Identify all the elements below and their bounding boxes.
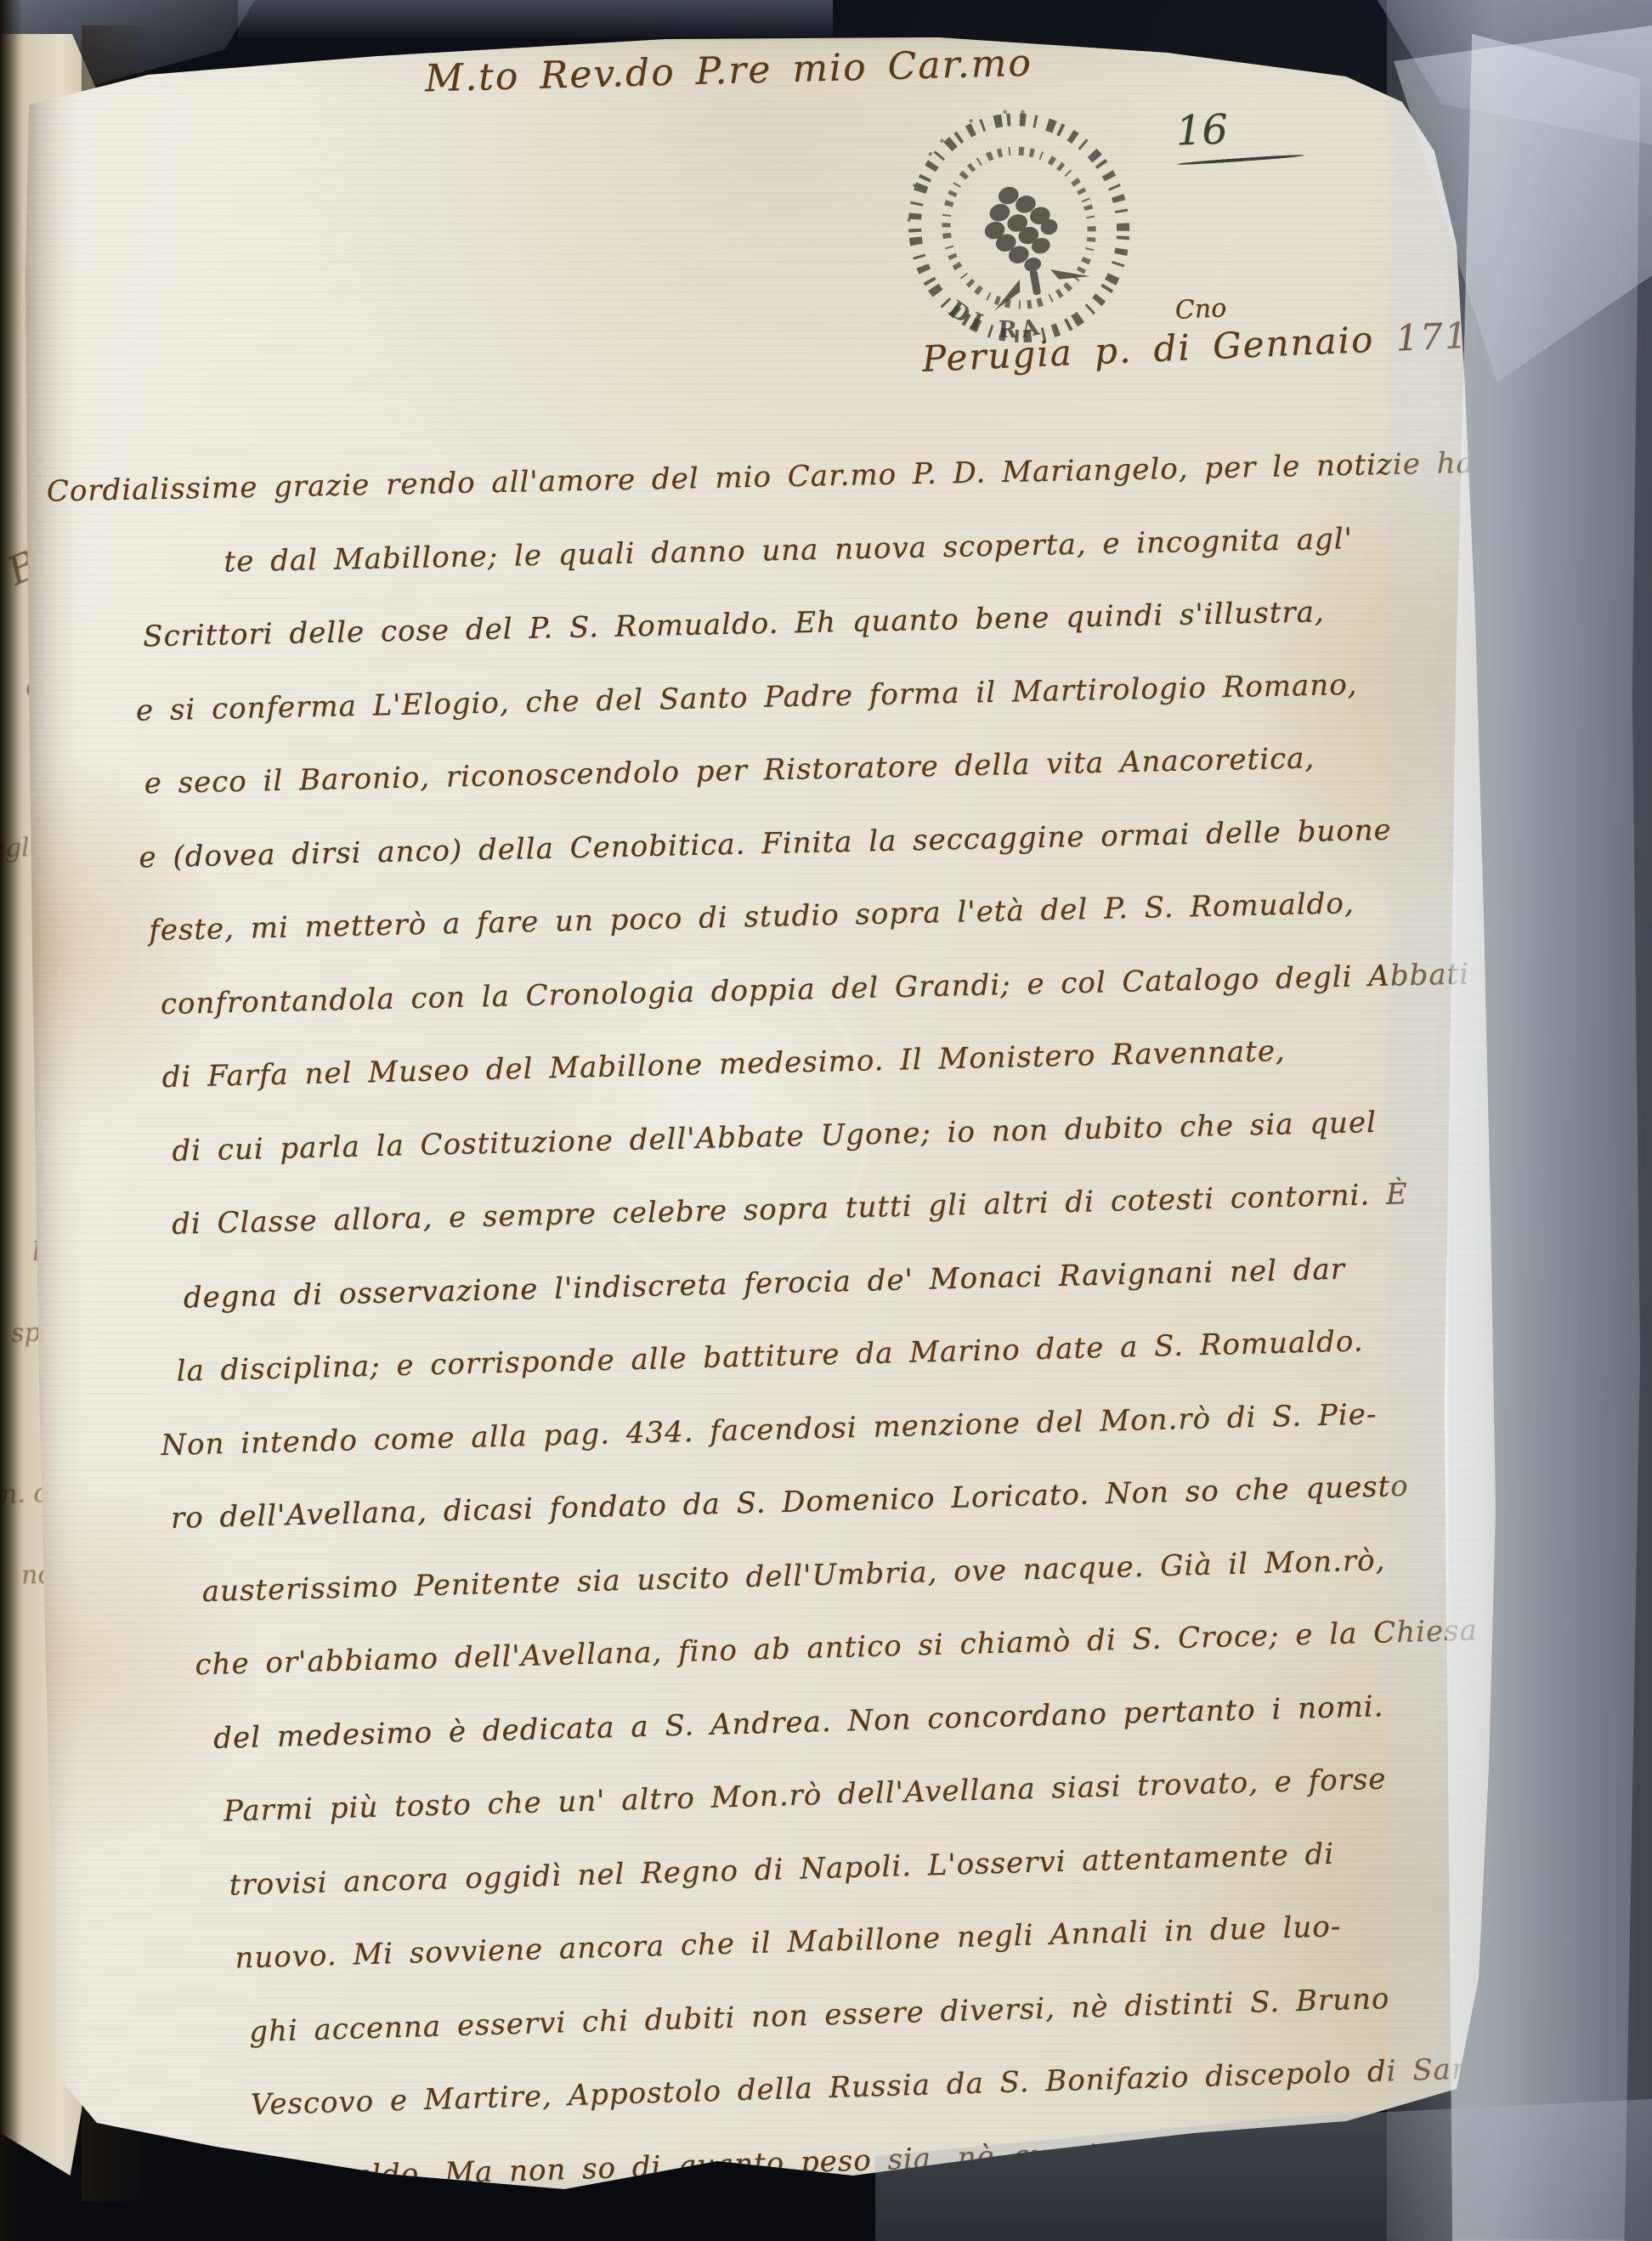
- photographed-manuscript-scene: R. Balyden:cionelmendegli Sanenia,la nal…: [0, 0, 1652, 2241]
- folio-number-value: 16: [1175, 106, 1229, 156]
- folio-number: 16: [1175, 103, 1304, 163]
- letter-body: Cordialissime grazie rendo all'amore del…: [31, 427, 1493, 2219]
- book-spine-edge: [0, 0, 22, 2241]
- table-cloth-top-middle: [238, 0, 833, 37]
- letter-salutation: M.to Rev.do P.re mio Car.mo: [424, 42, 1032, 101]
- manuscript-page: M.to Rev.do P.re mio Car.mo 16 DI RAV · …: [20, 24, 1504, 2212]
- folio-number-underline: [1177, 154, 1304, 166]
